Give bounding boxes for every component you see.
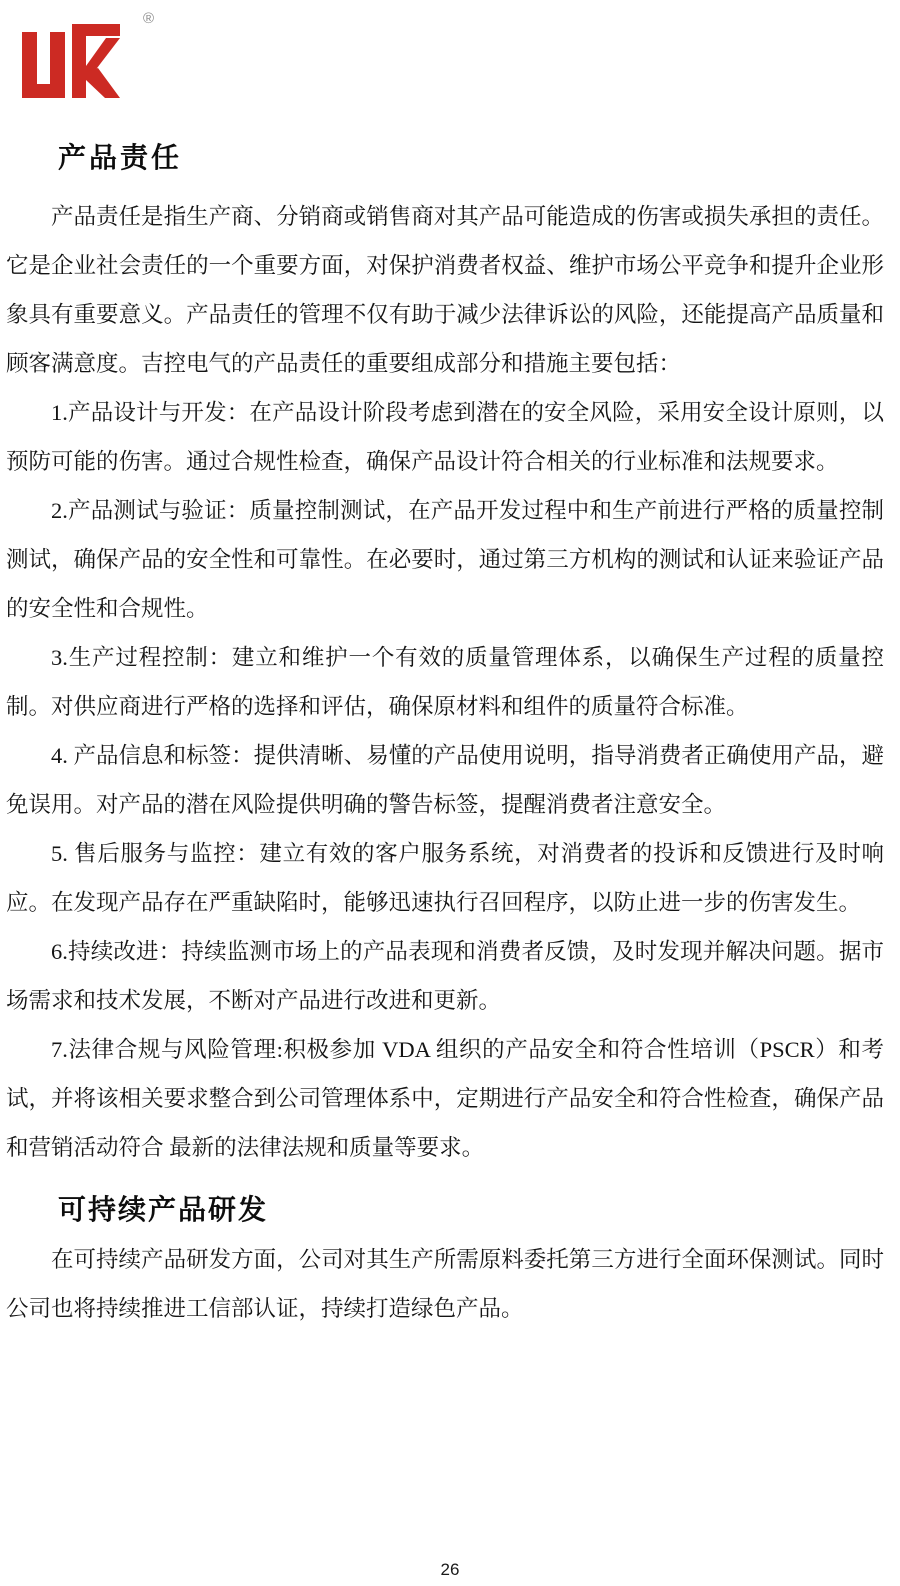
list-item-testing-verification: 2.产品测试与验证：质量控制测试，在产品开发过程中和生产前进行严格的质量控制测试…: [6, 486, 884, 633]
list-item-after-sales: 5. 售后服务与监控：建立有效的客户服务系统，对消费者的投诉和反馈进行及时响应。…: [6, 829, 884, 927]
list-item-info-labels: 4. 产品信息和标签：提供清晰、易懂的产品使用说明，指导消费者正确使用产品，避免…: [6, 731, 884, 829]
list-item-continuous-improvement: 6.持续改进：持续监测市场上的产品表现和消费者反馈，及时发现并解决问题。据市场需…: [6, 927, 884, 1025]
jk-monogram-icon: [22, 14, 122, 98]
company-logo: ®: [22, 14, 148, 108]
document-page: ® 产品责任 产品责任是指生产商、分销商或销售商对其产品可能造成的伤害或损失承担…: [0, 0, 900, 1586]
heading-product-liability: 产品责任: [6, 142, 884, 176]
list-item-design-development: 1.产品设计与开发：在产品设计阶段考虑到潜在的安全风险，采用安全设计原则，以预防…: [6, 388, 884, 486]
list-item-legal-compliance: 7.法律合规与风险管理:积极参加 VDA 组织的产品安全和符合性培训（PSCR）…: [6, 1025, 884, 1172]
paragraph-product-liability-intro: 产品责任是指生产商、分销商或销售商对其产品可能造成的伤害或损失承担的责任。它是企…: [6, 192, 884, 388]
registered-trademark-icon: ®: [143, 10, 154, 27]
paragraph-sustainable-rd: 在可持续产品研发方面，公司对其生产所需原料委托第三方进行全面环保测试。同时公司也…: [6, 1235, 884, 1333]
heading-sustainable-rd: 可持续产品研发: [6, 1192, 884, 1227]
page-number: 26: [0, 1560, 900, 1580]
list-item-production-control: 3.生产过程控制：建立和维护一个有效的质量管理体系，以确保生产过程的质量控制。对…: [6, 633, 884, 731]
